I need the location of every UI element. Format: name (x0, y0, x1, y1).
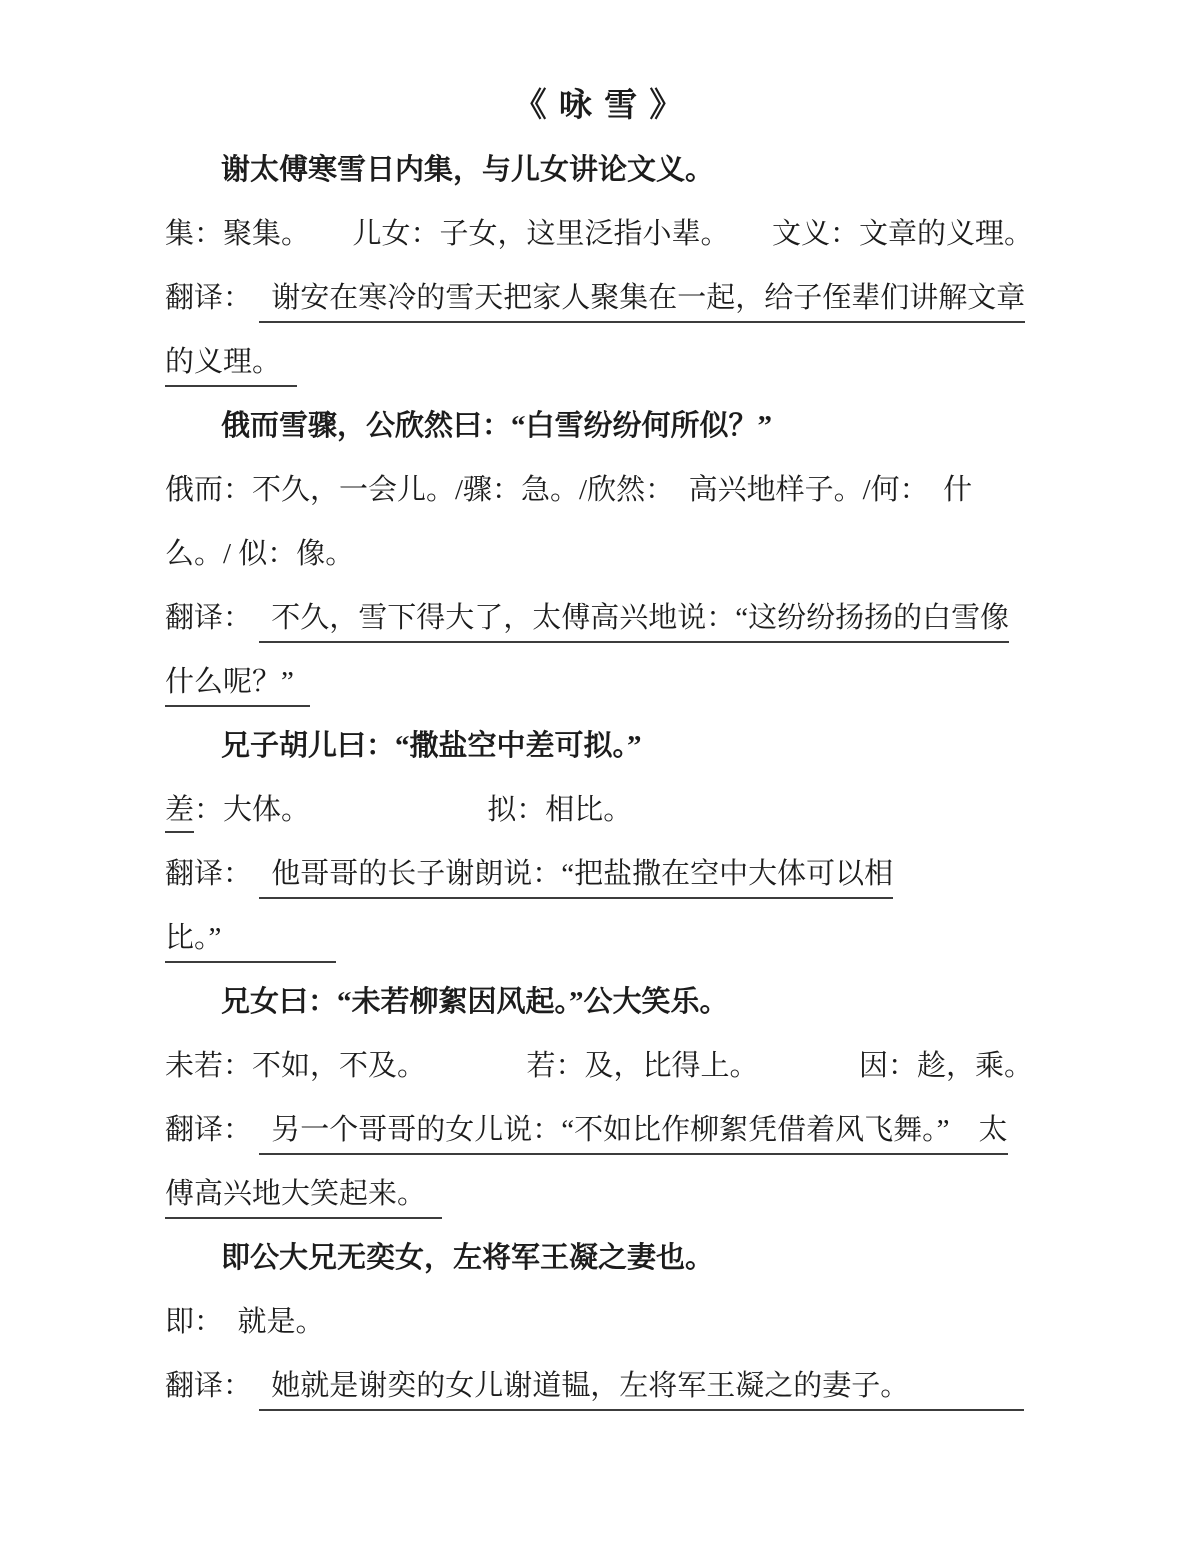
translation-text: 他哥哥的长子谢朗说：“把盐撒在空中大体可以相比。” (165, 858, 893, 963)
section-3: 兄子胡儿曰：“撒盐空中差可拟。” 差：大体。 拟：相比。 翻译： 他哥哥的长子谢… (165, 714, 1033, 970)
translation-5: 翻译： 她就是谢奕的女儿谢道韫，左将军王凝之的妻子。 (165, 1354, 1033, 1418)
source-text-5: 即公大兄无奕女，左将军王凝之妻也。 (165, 1226, 1033, 1290)
note-item: 文义：文章的义理。 (772, 202, 1033, 266)
notes-1: 集：聚集。 儿女：子女，这里泛指小辈。 文义：文章的义理。 (165, 202, 1033, 266)
translation-label: 翻译： (165, 1370, 252, 1402)
translation-label: 翻译： (165, 282, 252, 314)
source-text-3: 兄子胡儿曰：“撒盐空中差可拟。” (165, 714, 1033, 778)
note-term-definition: ：大体。 (194, 794, 310, 826)
note-item: 未若：不如，不及。 (165, 1034, 426, 1098)
note-item: 集：聚集。 (165, 202, 310, 266)
translation-text: 谢安在寒冷的雪天把家人聚集在一起，给子侄辈们讲解文章的义理。 (165, 282, 1025, 387)
translation-label: 翻译： (165, 1114, 252, 1146)
translation-text: 不久，雪下得大了，太傅高兴地说：“这纷纷扬扬的白雪像什么呢？” (165, 602, 1009, 707)
section-5: 即公大兄无奕女，左将军王凝之妻也。 即： 就是。 翻译： 她就是谢奕的女儿谢道韫… (165, 1226, 1033, 1418)
source-text-4: 兄女曰：“未若柳絮因风起。”公大笑乐。 (165, 970, 1033, 1034)
section-4: 兄女曰：“未若柳絮因风起。”公大笑乐。 未若：不如，不及。 若：及，比得上。 因… (165, 970, 1033, 1226)
notes-3: 差：大体。 拟：相比。 (165, 778, 1033, 842)
note-item: 即： 就是。 (165, 1306, 325, 1338)
note-item: 若：及，比得上。 (526, 1034, 758, 1098)
translation-text: 她就是谢奕的女儿谢道韫，左将军王凝之的妻子。 (259, 1370, 1024, 1411)
translation-4: 翻译： 另一个哥哥的女儿说：“不如比作柳絮凭借着风飞舞。” 太傅高兴地大笑起来。 (165, 1098, 1033, 1226)
note-item: 儿女：子女，这里泛指小辈。 (352, 202, 729, 266)
translation-2: 翻译： 不久，雪下得大了，太傅高兴地说：“这纷纷扬扬的白雪像什么呢？” (165, 586, 1033, 714)
translation-label: 翻译： (165, 858, 252, 890)
translation-1: 翻译： 谢安在寒冷的雪天把家人聚集在一起，给子侄辈们讲解文章的义理。 (165, 266, 1033, 394)
section-2: 俄而雪骤，公欣然曰：“白雪纷纷何所似？” 俄而：不久，一会儿。/骤：急。/欣然：… (165, 394, 1033, 714)
section-1: 谢太傅寒雪日内集，与儿女讲论文义。 集：聚集。 儿女：子女，这里泛指小辈。 文义… (165, 138, 1033, 394)
note-item: 因：趁，乘。 (859, 1034, 1033, 1098)
source-text-1: 谢太傅寒雪日内集，与儿女讲论文义。 (165, 138, 1033, 202)
source-text-2: 俄而雪骤，公欣然曰：“白雪纷纷何所似？” (165, 394, 1033, 458)
notes-4: 未若：不如，不及。 若：及，比得上。 因：趁，乘。 (165, 1034, 1033, 1098)
note-term-underlined: 差 (165, 794, 194, 833)
notes-5: 即： 就是。 (165, 1290, 1033, 1354)
translation-3: 翻译： 他哥哥的长子谢朗说：“把盐撒在空中大体可以相比。” (165, 842, 1033, 970)
notes-2: 俄而：不久，一会儿。/骤：急。/欣然： 高兴地样子。/何： 什么。/ 似：像。 (165, 458, 1033, 586)
note-item: 俄而：不久，一会儿。/骤：急。/欣然： 高兴地样子。/何： 什么。/ 似：像。 (165, 474, 972, 570)
page-title: 《 咏 雪 》 (165, 74, 1033, 138)
note-item: 拟：相比。 (487, 794, 632, 826)
translation-text: 另一个哥哥的女儿说：“不如比作柳絮凭借着风飞舞。” 太傅高兴地大笑起来。 (165, 1114, 1008, 1219)
document-page: 《 咏 雪 》 谢太傅寒雪日内集，与儿女讲论文义。 集：聚集。 儿女：子女，这里… (0, 0, 1185, 1568)
translation-label: 翻译： (165, 602, 252, 634)
